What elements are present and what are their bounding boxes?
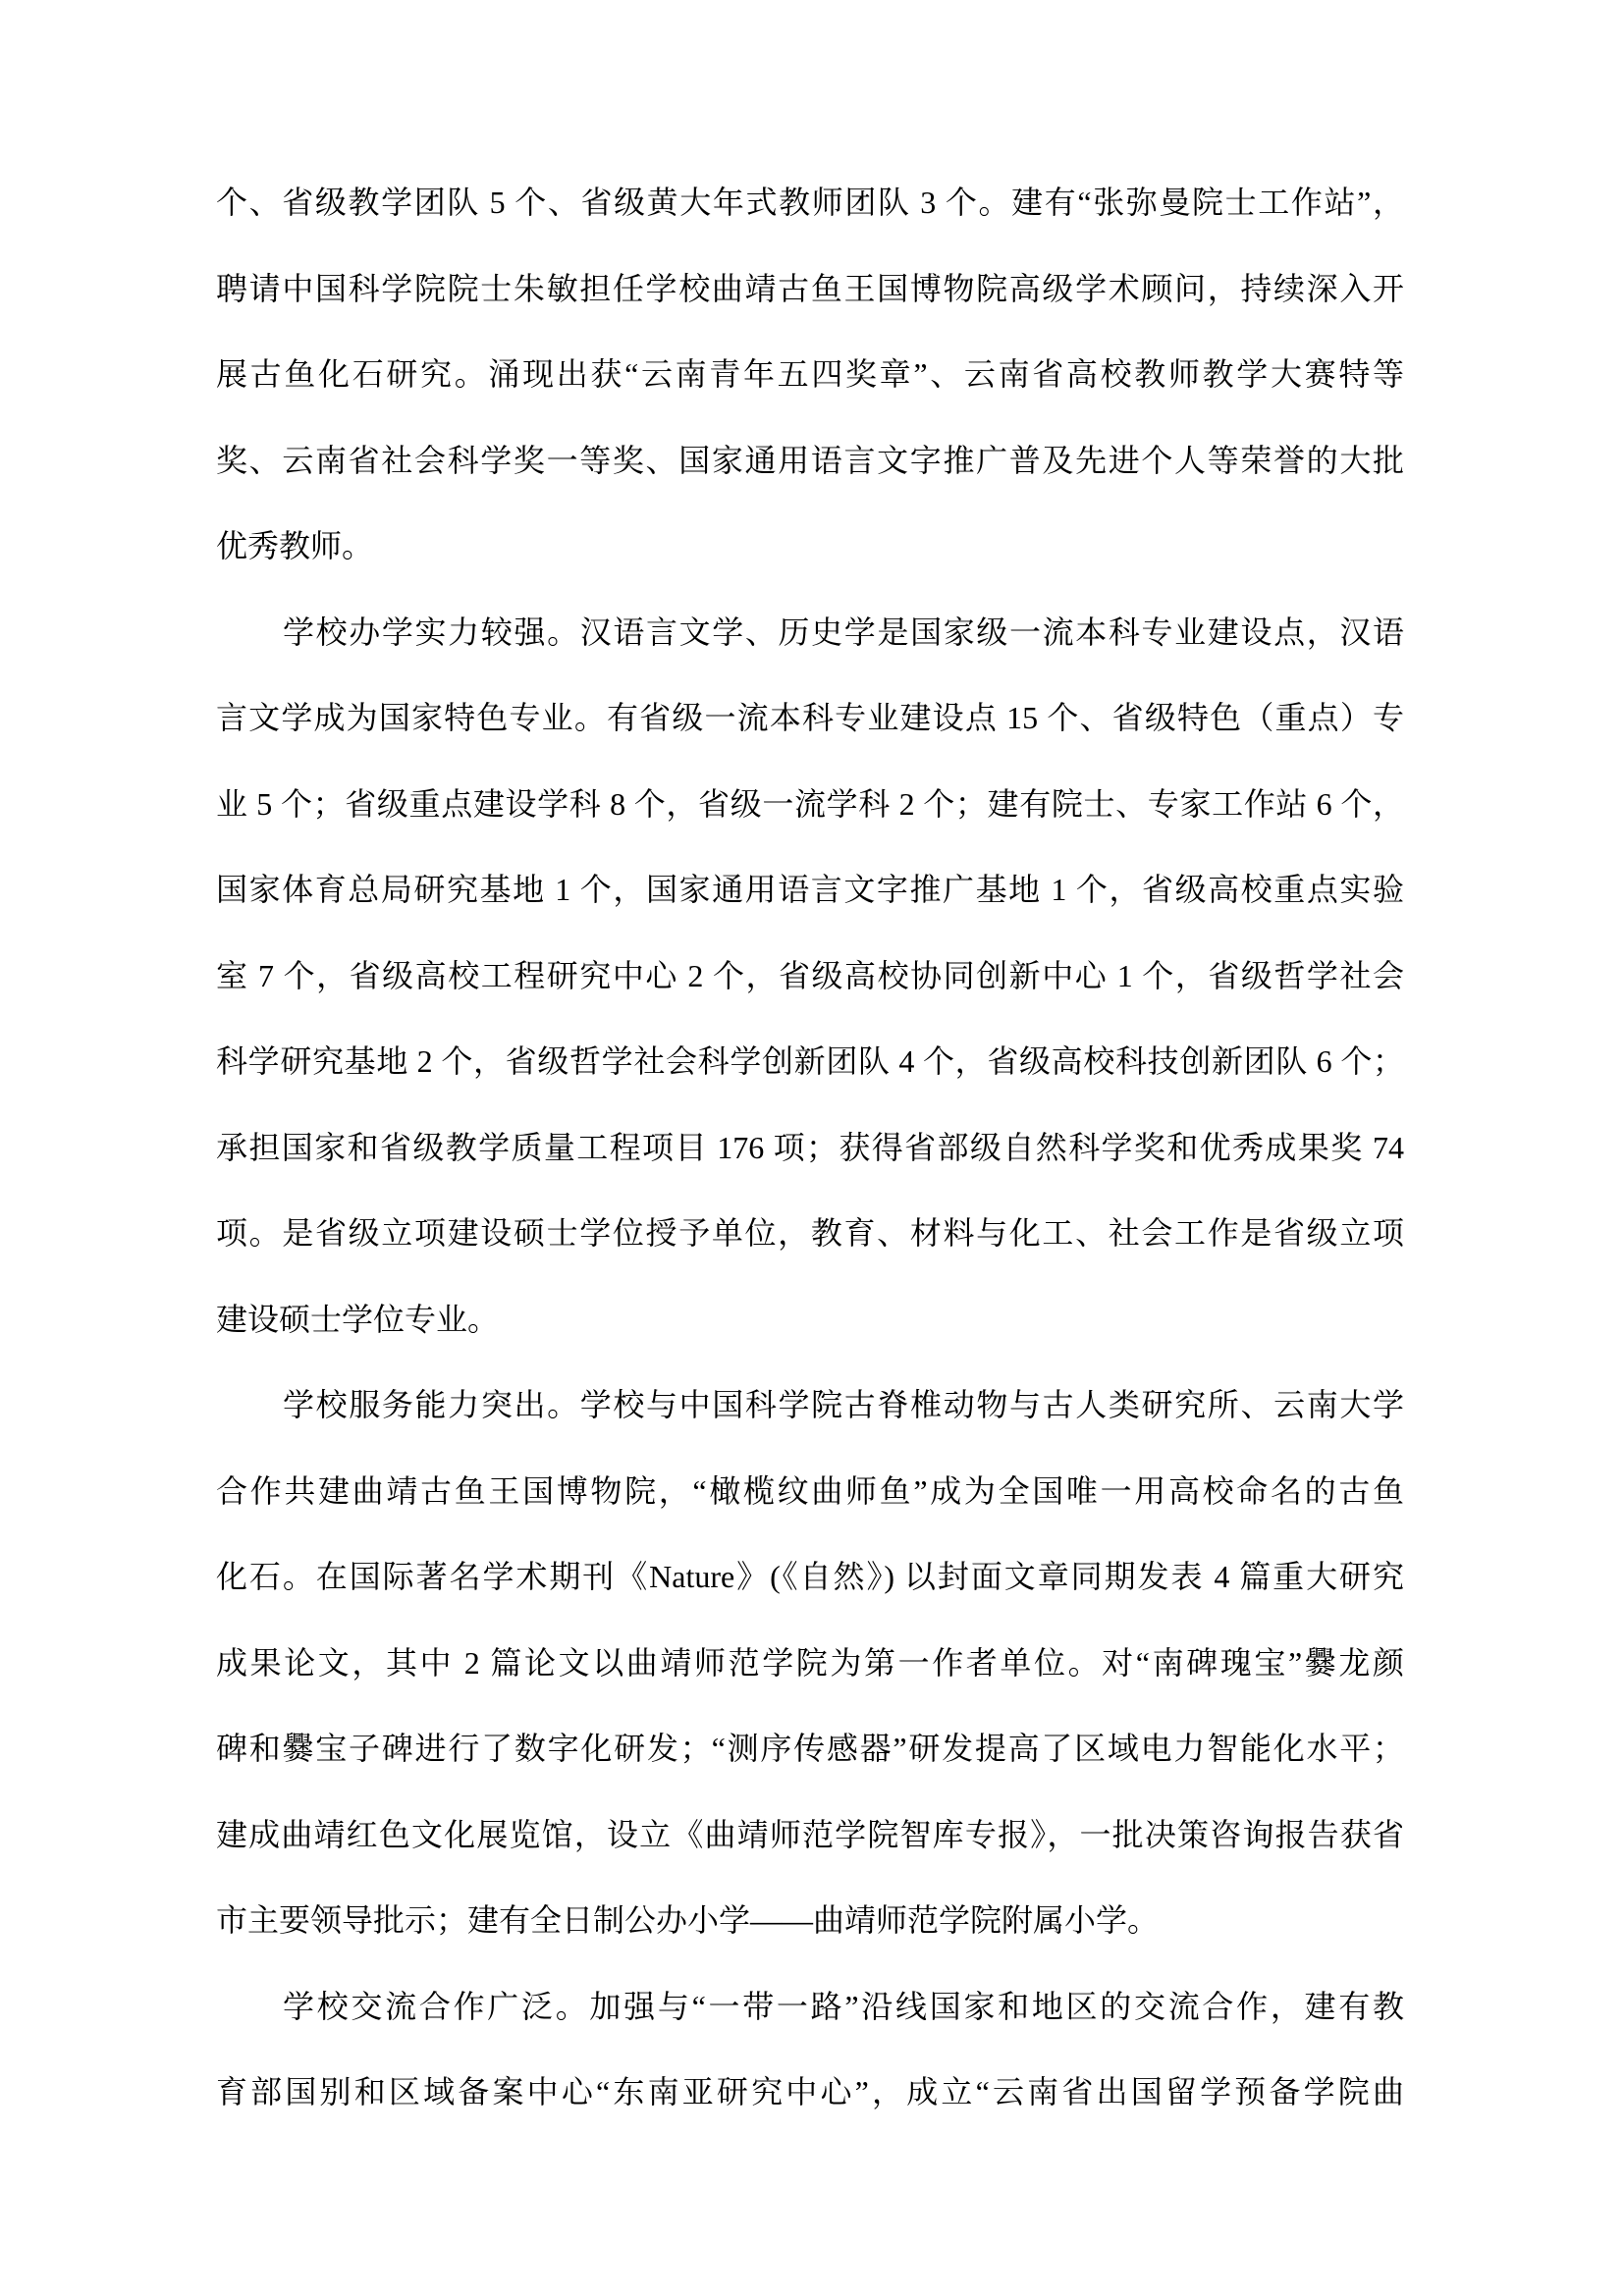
text-line: 个、省级教学团队 5 个、省级黄大年式教师团队 3 个。建有“张弥曼院士工作站”… [216,160,1404,246]
text-line: 学校办学实力较强。汉语言文学、历史学是国家级一流本科专业建设点，汉语 [216,590,1404,676]
text-line: 碑和爨宝子碑进行了数字化研发；“测序传感器”研发提高了区域电力智能化水平； [216,1706,1404,1792]
text-line: 承担国家和省级教学质量工程项目 176 项；获得省部级自然科学奖和优秀成果奖 7… [216,1105,1404,1192]
text-line: 业 5 个；省级重点建设学科 8 个，省级一流学科 2 个；建有院士、专家工作站… [216,762,1404,848]
text-line: 育部国别和区域备案中心“东南亚研究中心”，成立“云南省出国留学预备学院曲 [216,2050,1404,2136]
document-page: 个、省级教学团队 5 个、省级黄大年式教师团队 3 个。建有“张弥曼院士工作站”… [0,0,1624,2296]
paragraph-3: 学校服务能力突出。学校与中国科学院古脊椎动物与古人类研究所、云南大学合作共建曲靖… [216,1362,1404,1964]
text-line: 建设硕士学位专业。 [216,1277,1404,1363]
text-line: 学校交流合作广泛。加强与“一带一路”沿线国家和地区的交流合作，建有教 [216,1964,1404,2051]
text-line: 市主要领导批示；建有全日制公办小学——曲靖师范学院附属小学。 [216,1878,1404,1964]
text-line: 建成曲靖红色文化展览馆，设立《曲靖师范学院智库专报》，一批决策咨询报告获省 [216,1792,1404,1879]
text-line: 合作共建曲靖古鱼王国博物院，“橄榄纹曲师鱼”成为全国唯一用高校命名的古鱼 [216,1449,1404,1535]
text-line: 成果论文，其中 2 篇论文以曲靖师范学院为第一作者单位。对“南碑瑰宝”爨龙颜 [216,1621,1404,1707]
paragraph-2: 学校办学实力较强。汉语言文学、历史学是国家级一流本科专业建设点，汉语言文学成为国… [216,590,1404,1363]
text-line: 展古鱼化石研究。涌现出获“云南青年五四奖章”、云南省高校教师教学大赛特等 [216,332,1404,418]
text-line: 科学研究基地 2 个，省级哲学社会科学创新团队 4 个，省级高校科技创新团队 6… [216,1019,1404,1105]
text-line: 室 7 个，省级高校工程研究中心 2 个，省级高校协同创新中心 1 个，省级哲学… [216,934,1404,1020]
text-line: 项。是省级立项建设硕士学位授予单位，教育、材料与化工、社会工作是省级立项 [216,1191,1404,1277]
document-body: 个、省级教学团队 5 个、省级黄大年式教师团队 3 个。建有“张弥曼院士工作站”… [216,160,1404,2136]
paragraph-1: 个、省级教学团队 5 个、省级黄大年式教师团队 3 个。建有“张弥曼院士工作站”… [216,160,1404,590]
paragraph-4: 学校交流合作广泛。加强与“一带一路”沿线国家和地区的交流合作，建有教育部国别和区… [216,1964,1404,2136]
text-line: 优秀教师。 [216,504,1404,590]
text-line: 奖、云南省社会科学奖一等奖、国家通用语言文字推广普及先进个人等荣誉的大批 [216,418,1404,505]
text-line: 言文学成为国家特色专业。有省级一流本科专业建设点 15 个、省级特色（重点）专 [216,675,1404,762]
text-line: 国家体育总局研究基地 1 个，国家通用语言文字推广基地 1 个，省级高校重点实验 [216,847,1404,934]
text-line: 学校服务能力突出。学校与中国科学院古脊椎动物与古人类研究所、云南大学 [216,1362,1404,1449]
text-line: 化石。在国际著名学术期刊《Nature》(《自然》) 以封面文章同期发表 4 篇… [216,1534,1404,1621]
text-line: 聘请中国科学院院士朱敏担任学校曲靖古鱼王国博物院高级学术顾问，持续深入开 [216,246,1404,333]
